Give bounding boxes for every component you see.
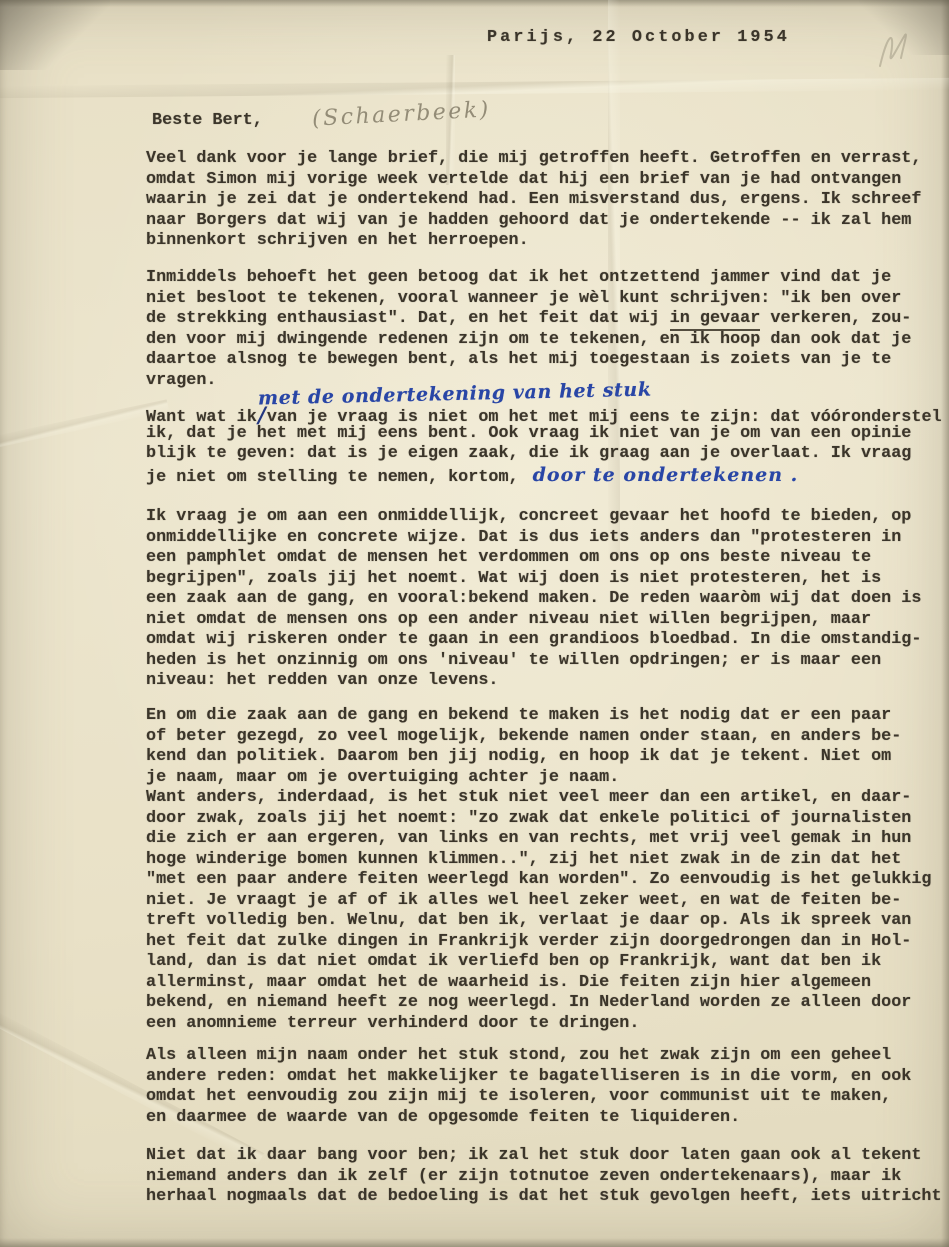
paragraph-2: Inmiddels behoeft het geen betoog dat ik… — [146, 268, 911, 391]
typed-line: naar Borgers dat wij van je hadden gehoo… — [146, 211, 921, 232]
typed-line: herhaal nogmaals dat de bedoeling is dat… — [146, 1187, 942, 1208]
typed-line: blijk te geven: dat is je eigen zaak, di… — [146, 444, 942, 465]
paper-edge-bottom — [0, 1238, 949, 1247]
paragraph-6: Als alleen mijn naam onder het stuk ston… — [146, 1046, 911, 1128]
typed-line: omdat het eenvoudig zou zijn mij te isol… — [146, 1087, 911, 1108]
paper-crease-horizontal — [0, 78, 949, 98]
typed-line: Want anders, inderdaad, is het stuk niet… — [146, 788, 932, 809]
typed-line-with-caret: Want wat ik/van je vraag is niet om het … — [146, 403, 942, 424]
typed-line: den voor mij dwingende redenen zijn om t… — [146, 330, 911, 351]
insertion-caret: / — [257, 404, 267, 425]
typed-line: onmiddellijke en concrete wijze. Dat is … — [146, 528, 921, 549]
salutation: Beste Bert, — [152, 111, 263, 132]
typed-line: je naam, maar om je overtuiging achter j… — [146, 768, 932, 789]
typed-line: hoge winderige bomen kunnen klimmen..", … — [146, 850, 932, 871]
typed-text: je niet om stelling te nemen, kortom, — [146, 468, 519, 487]
letter-page: Parijs, 22 October 1954 Beste Bert, (Sch… — [0, 0, 949, 1247]
dateline: Parijs, 22 October 1954 — [487, 28, 790, 47]
handwritten-addition: door te ondertekenen . — [533, 464, 799, 486]
typed-line: land, dan is dat niet omdat ik verliefd … — [146, 952, 932, 973]
typed-line: Veel dank voor je lange brief, die mij g… — [146, 149, 921, 170]
paper-edge-right — [941, 0, 949, 1247]
typed-line: Ik vraag je om aan een onmiddellijk, con… — [146, 507, 921, 528]
typed-line: omdat wij riskeren onder te gaan in een … — [146, 630, 921, 651]
typed-text: de strekking enthausiast". Dat, en het f… — [146, 309, 670, 328]
typed-line: niemand anders dan ik zelf (er zijn totn… — [146, 1167, 942, 1188]
typed-line: En om die zaak aan de gang en bekend te … — [146, 706, 932, 727]
typed-line: begrijpen", zoals jij het noemt. Wat wij… — [146, 569, 921, 590]
paragraph-5: En om die zaak aan de gang en bekend te … — [146, 706, 932, 1034]
typed-text: verkeren, zou- — [760, 309, 911, 328]
typed-line: door zwak, zoals jij het noemt: "zo zwak… — [146, 809, 932, 830]
pencil-annotation-schaerbeek: (Schaerbeek) — [311, 97, 491, 131]
typed-line: niet omdat de mensen ons op een ander ni… — [146, 610, 921, 631]
paragraph-3: met de ondertekening van het stuk Want w… — [146, 403, 942, 485]
underlined-phrase: in gevaar — [670, 309, 761, 331]
typed-line-with-handwriting: je niet om stelling te nemen, kortom,doo… — [146, 465, 942, 486]
typed-line: allerminst, maar omdat het de waarheid i… — [146, 973, 932, 994]
typed-line: een anomnieme terreur verhinderd door te… — [146, 1014, 932, 1035]
paragraph-7: Niet dat ik daar bang voor ben; ik zal h… — [146, 1146, 942, 1208]
typed-line: een zaak aan de gang, en vooral:bekend m… — [146, 589, 921, 610]
typed-line: het feit dat zulke dingen in Frankrijk v… — [146, 932, 932, 953]
typed-line: treft volledig ben. Welnu, dat ben ik, v… — [146, 911, 932, 932]
typed-line: of beter gezegd, zo veel mogelijk, beken… — [146, 727, 932, 748]
typed-line: een pamphlet omdat de mensen het verdomm… — [146, 548, 921, 569]
typed-line: niveau: het redden van onze levens. — [146, 671, 921, 692]
typed-line: niet. Je vraagt je af of ik alles wel he… — [146, 891, 932, 912]
paper-crease-diagonal-left — [0, 399, 169, 452]
typed-line-with-underline: de strekking enthausiast". Dat, en het f… — [146, 309, 911, 330]
pencil-scribble-mark — [862, 18, 922, 78]
typed-line: waarin je zei dat je ondertekend had. Ee… — [146, 190, 921, 211]
typed-line: Niet dat ik daar bang voor ben; ik zal h… — [146, 1146, 942, 1167]
typed-line: bekend, en niemand heeft ze nog weerlegd… — [146, 993, 932, 1014]
paragraph-4: Ik vraag je om aan een onmiddellijk, con… — [146, 507, 921, 692]
typed-line: en daarmee de waarde van de opgesomde fe… — [146, 1108, 911, 1129]
typed-line: Als alleen mijn naam onder het stuk ston… — [146, 1046, 911, 1067]
typed-line: daartoe alsnog te bewegen bent, als het … — [146, 350, 911, 371]
paper-shadow-top-left — [0, 0, 110, 70]
typed-line: binnenkort schrijven en het herroepen. — [146, 231, 921, 252]
typed-line: andere reden: omdat het makkelijker te b… — [146, 1067, 911, 1088]
paragraph-1: Veel dank voor je lange brief, die mij g… — [146, 149, 921, 252]
typed-line: omdat Simon mij vorige week vertelde dat… — [146, 170, 921, 191]
typed-line: kend dan politiek. Daarom ben jij nodig,… — [146, 747, 932, 768]
typed-line: "met een paar andere feiten weerlegd kan… — [146, 870, 932, 891]
typed-line: die zich er aan ergeren, van links en va… — [146, 829, 932, 850]
paper-edge-top — [0, 0, 949, 7]
typed-line: Inmiddels behoeft het geen betoog dat ik… — [146, 268, 911, 289]
typed-line: heden is het onzinnig om ons 'niveau' te… — [146, 651, 921, 672]
typed-line: niet besloot te tekenen, vooral wanneer … — [146, 289, 911, 310]
